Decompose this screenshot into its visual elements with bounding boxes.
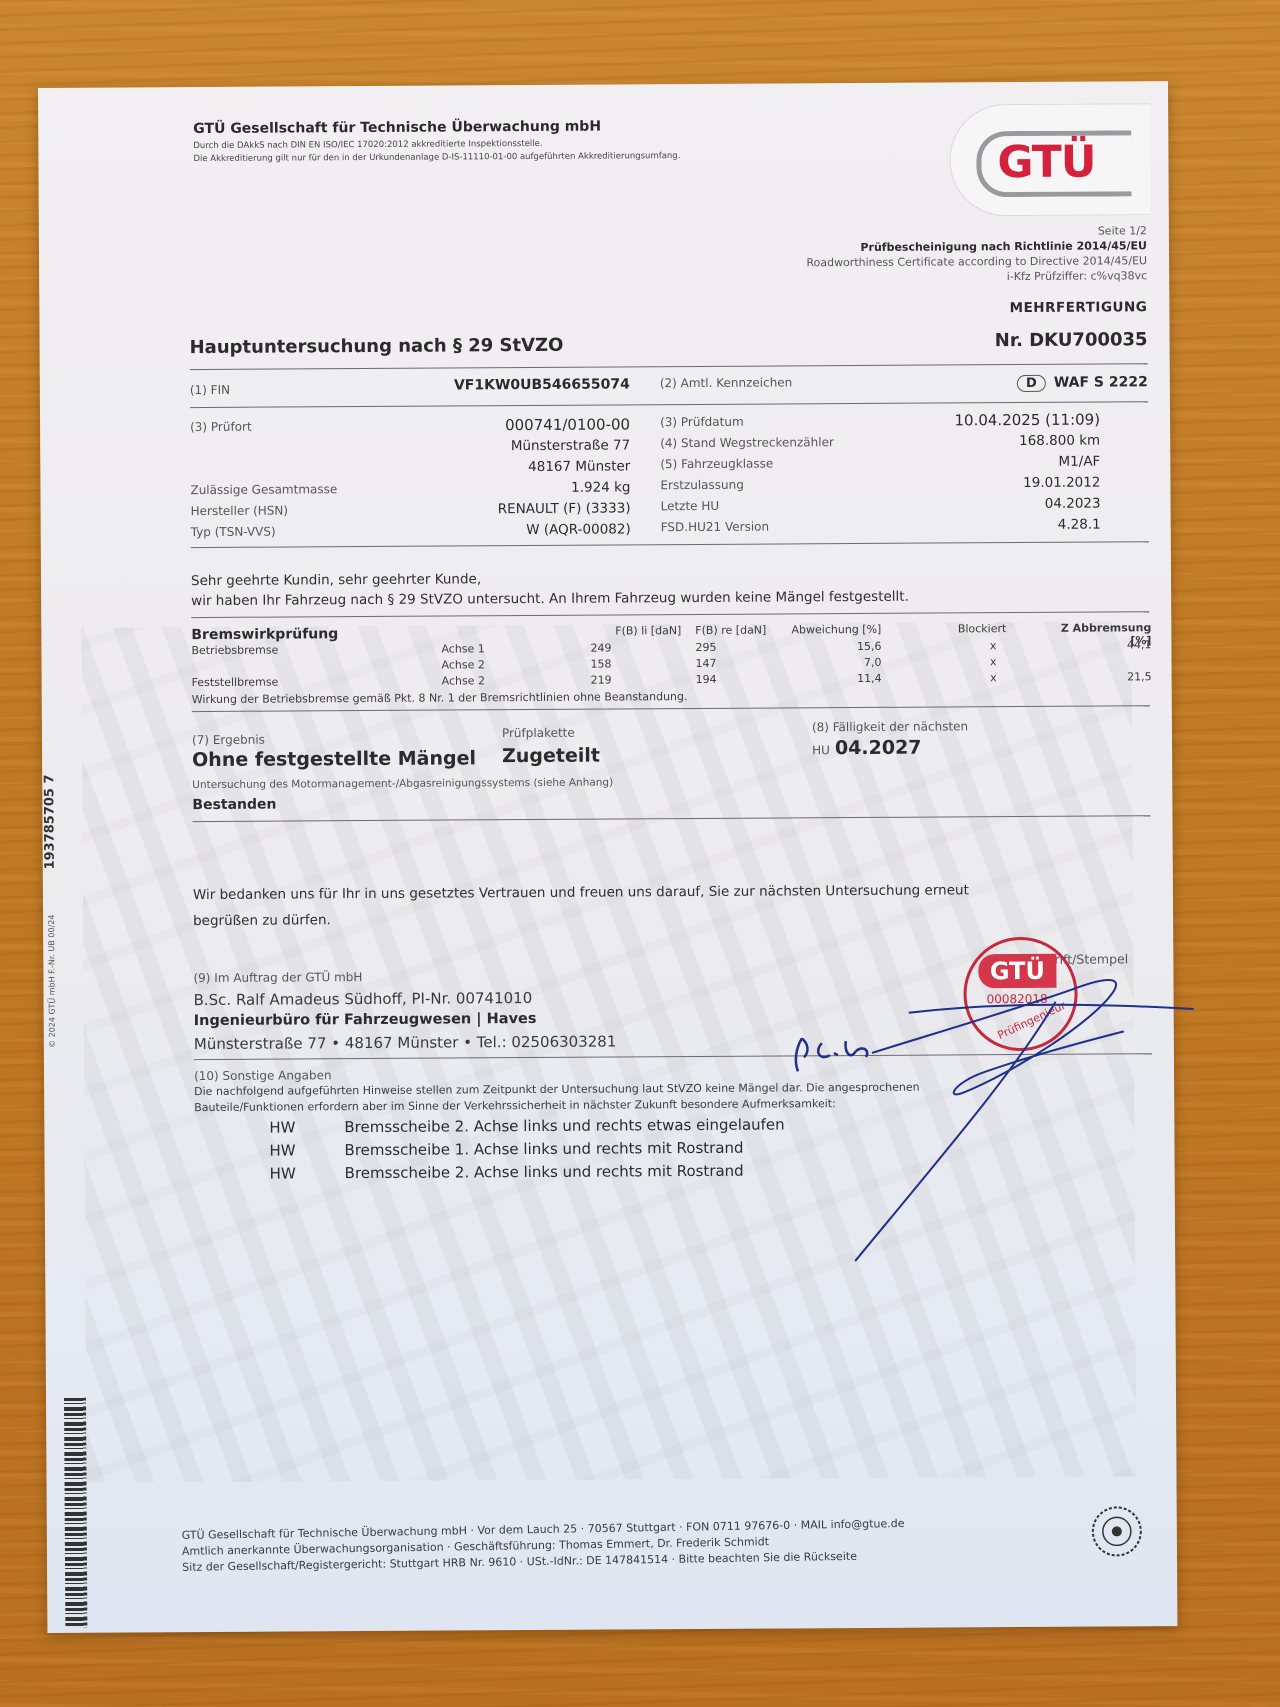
divider — [192, 815, 1150, 822]
vehicle-data-row: (3) Prüfort000741/0100-00 — [190, 414, 630, 417]
thanks-line-1: Wir bedanken uns für Ihr in uns gesetzte… — [193, 882, 969, 903]
brake-cell-axle: Achse 2 — [441, 658, 511, 671]
company-name: GTÜ Gesellschaft für Technische Überwach… — [193, 119, 601, 137]
next-due: HU 04.2027 — [812, 737, 922, 760]
next-due-prefix: HU — [812, 743, 830, 757]
gtue-logo: GTÜ — [976, 130, 1131, 197]
vehicle-data-row: Münsterstraße 77 — [190, 435, 630, 438]
field-label: Typ (TSN-VVS) — [191, 522, 276, 544]
field-label: (3) Prüfdatum — [660, 412, 744, 434]
inspector-address: Münsterstraße 77 • 48167 Münster • Tel.:… — [194, 1032, 617, 1053]
vehicle-data-row: 48167 Münster — [190, 456, 630, 459]
brake-cell-blocked: x — [927, 671, 997, 684]
field-label: Hersteller (HSN) — [191, 500, 289, 522]
brake-column-header: Abweichung [%] — [761, 623, 881, 637]
brake-cell-z: 21,5 — [1037, 670, 1152, 684]
gtue-logo-tab: GTÜ — [949, 103, 1151, 216]
field-label: (3) Prüfort — [190, 417, 252, 438]
check-code: i-Kfz Prüfziffer: c%vq38vc — [807, 268, 1148, 285]
field-value: 000741/0100-00 — [505, 414, 630, 436]
inspection-certificate: GTÜ Gesellschaft für Technische Überwach… — [38, 81, 1177, 1633]
plate-country: D — [1017, 375, 1046, 392]
brake-cell-z: 44,1 — [1036, 638, 1151, 652]
brake-cell-axle: Achse 1 — [441, 642, 511, 655]
emission-test-result: Bestanden — [192, 797, 276, 814]
certificate-info: Seite 1/2 Prüfbescheinigung nach Richtli… — [806, 223, 1147, 285]
field-value: 10.04.2025 (11:09) — [954, 410, 1100, 432]
divider — [190, 363, 1148, 370]
emission-test-label: Untersuchung des Motormanagement-/Abgasr… — [192, 776, 613, 791]
brake-test-note: Wirkung der Betriebsbremse gemäß Pkt. 8 … — [192, 690, 688, 706]
brake-cell-left: 158 — [571, 658, 611, 671]
barcode — [64, 1398, 87, 1628]
copyright: © 2024 GTÜ mbH F.-Nr. UB 00/24 — [47, 915, 57, 1048]
plate-number: WAF S 2222 — [1054, 374, 1148, 391]
brake-cell-axle: Achse 2 — [442, 674, 512, 687]
field-value: 04.2023 — [1045, 494, 1101, 515]
inspector-office: Ingenieurbüro für Fahrzeugwesen | Haves — [194, 1011, 537, 1029]
side-print: © 2024 GTÜ mbH F.-Nr. UB 00/24 193785705… — [38, 774, 59, 1048]
next-due-value: 04.2027 — [835, 737, 922, 760]
vehicle-data-row: (3) Prüfdatum10.04.2025 (11:09) — [660, 410, 1100, 413]
field-value: 48167 Münster — [528, 456, 630, 478]
advisory-code: HW — [269, 1141, 295, 1159]
brake-cell-dev: 7,0 — [761, 656, 881, 670]
brake-cell-z — [1036, 654, 1151, 655]
divider — [191, 611, 1149, 618]
footer: GTÜ Gesellschaft für Technische Überwach… — [182, 1516, 906, 1576]
document-title: Hauptuntersuchung nach § 29 StVZO — [190, 335, 564, 358]
copy-type: MEHRFERTIGUNG — [1010, 299, 1148, 316]
next-due-label: (8) Fälligkeit der nächsten — [812, 719, 968, 734]
document-number: Nr. DKU700035 — [995, 329, 1148, 351]
advisory-text: Bremsscheibe 1. Achse links und rechts m… — [344, 1139, 743, 1159]
brake-cell-dev: 15,6 — [761, 640, 881, 654]
plakette-value: Zugeteilt — [502, 745, 600, 768]
brake-cell-left: 249 — [571, 642, 611, 655]
seal-icon — [1087, 1501, 1147, 1561]
vehicle-data-right: (3) Prüfdatum10.04.2025 (11:09)(4) Stand… — [660, 410, 1100, 413]
brake-cell-type: Betriebsbremse — [191, 643, 341, 657]
brake-cell-blocked: x — [926, 639, 996, 652]
thanks-line-2: begrüßen zu dürfen. — [193, 912, 331, 929]
inspector-label: (9) Im Auftrag der GTÜ mbH — [193, 970, 362, 985]
brake-column-header: F(B) re [daN] — [661, 624, 766, 638]
advisory-code: HW — [270, 1164, 296, 1182]
greeting-line-1: Sehr geehrte Kundin, sehr geehrter Kunde… — [191, 571, 481, 589]
plate-label: (2) Amtl. Kennzeichen — [660, 375, 793, 390]
greeting-line-2: wir haben Ihr Fahrzeug nach § 29 StVZO u… — [191, 589, 909, 609]
field-label: (4) Stand Wegstreckenzähler — [660, 432, 834, 454]
field-value: 168.800 km — [1019, 431, 1100, 452]
field-value: M1/AF — [1058, 452, 1100, 473]
field-label: Letzte HU — [661, 496, 720, 517]
brake-cell-left: 219 — [572, 674, 612, 687]
brake-cell-right: 295 — [661, 641, 716, 654]
plakette-label: Prüfplakette — [502, 726, 575, 740]
field-label: (5) Fahrzeugklasse — [660, 454, 773, 476]
advisory-text: Bremsscheibe 2. Achse links und rechts e… — [344, 1115, 784, 1136]
brake-column-header: Blockiert — [926, 622, 1006, 635]
brake-cell-right: 194 — [662, 673, 717, 686]
field-value: W (AQR-00082) — [526, 519, 631, 541]
brake-cell-right: 147 — [661, 657, 716, 670]
accreditation-line-1: Durch die DAkkS nach DIN EN ISO/IEC 1702… — [193, 139, 542, 151]
vehicle-data-row: FSD.HU21 Version4.28.1 — [661, 515, 1101, 518]
brake-cell-dev: 11,4 — [762, 672, 882, 686]
field-value: 19.01.2012 — [1023, 473, 1100, 494]
brake-cell-blocked: x — [926, 655, 996, 668]
barcode-number: 193785705 7 — [42, 774, 58, 869]
license-plate: DWAF S 2222 — [1017, 371, 1148, 392]
gtue-logo-text: GTÜ — [997, 138, 1095, 189]
field-value: 4.28.1 — [1058, 515, 1101, 536]
advisory-code: HW — [269, 1118, 295, 1136]
accreditation-line-2: Die Akkreditierung gilt nur für den in d… — [193, 151, 680, 164]
field-value: Münsterstraße 77 — [511, 435, 631, 457]
divider — [190, 401, 1148, 408]
result-label: (7) Ergebnis — [192, 733, 265, 747]
field-label: Zulässige Gesamtmasse — [190, 479, 337, 501]
other-info-label: (10) Sonstige Angaben — [194, 1068, 332, 1083]
fin-label: (1) FIN — [190, 383, 230, 397]
field-value: RENAULT (F) (3333) — [498, 498, 631, 520]
brake-cell-type: Feststellbremse — [192, 675, 342, 689]
divider — [192, 705, 1150, 712]
divider — [191, 541, 1149, 548]
inspector-name: B.Sc. Ralf Amadeus Südhoff, PI-Nr. 00741… — [194, 989, 533, 1009]
field-value: 1.924 kg — [571, 477, 630, 498]
field-label: FSD.HU21 Version — [661, 517, 770, 539]
result-value: Ohne festgestellte Mängel — [192, 747, 476, 771]
brake-cell-type — [191, 659, 341, 660]
advisory-text: Bremsscheibe 2. Achse links und rechts m… — [345, 1162, 744, 1182]
field-label: Erstzulassung — [660, 475, 744, 497]
fin-value: VF1KW0UB546655074 — [420, 376, 630, 393]
vehicle-data-left: (3) Prüfort000741/0100-00Münsterstraße 7… — [190, 414, 630, 417]
